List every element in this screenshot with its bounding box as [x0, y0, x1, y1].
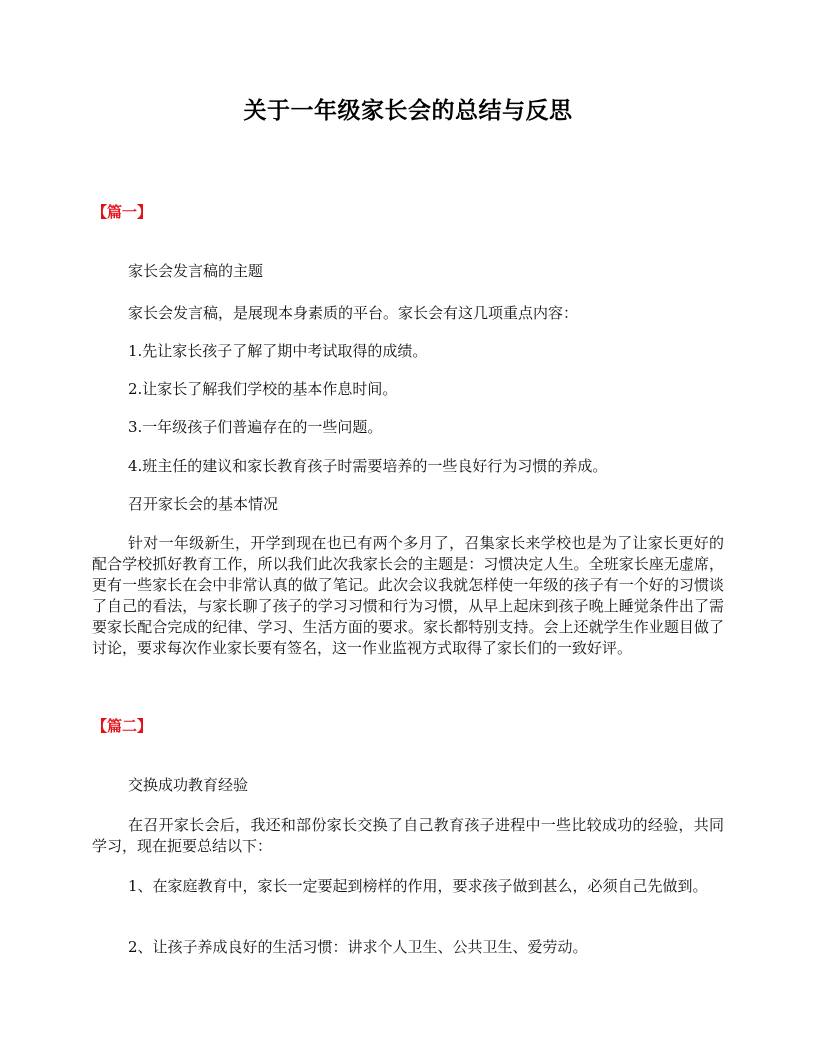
list-item-1: 1.先让家长孩子了解了期中考试取得的成绩。: [92, 341, 724, 362]
paragraph-intro: 家长会发言稿，是展现本身素质的平台。家长会有这几项重点内容：: [92, 303, 724, 324]
paragraph-subtitle-speech-theme: 家长会发言稿的主题: [92, 261, 724, 282]
list-item-3: 3.一年级孩子们普遍存在的一些问题。: [92, 417, 724, 438]
paragraph-subtitle-exchange-experience: 交换成功教育经验: [92, 775, 724, 796]
section-heading-1: 【篇一】: [92, 202, 152, 222]
paragraph-exchange-body: 在召开家长会后，我还和部份家长交换了自己教育孩子进程中一些比较成功的经验，共同学…: [92, 815, 724, 857]
paragraph-meeting-body: 针对一年级新生，开学到现在也已有两个多月了，召集家长来学校也是为了让家长更好的配…: [92, 533, 724, 659]
list-item-4: 4.班主任的建议和家长教育孩子时需要培养的一些良好行为习惯的养成。: [92, 456, 724, 477]
document-title: 关于一年级家长会的总结与反思: [0, 96, 816, 126]
experience-item-2: 2、让孩子养成良好的生活习惯：讲求个人卫生、公共卫生、爱劳动。: [92, 937, 724, 958]
document-page: 关于一年级家长会的总结与反思 【篇一】 家长会发言稿的主题 家长会发言稿，是展现…: [0, 0, 816, 1056]
section-heading-2: 【篇二】: [92, 716, 152, 736]
experience-item-1: 1、在家庭教育中，家长一定要起到榜样的作用，要求孩子做到甚么，必须自己先做到。: [92, 876, 724, 897]
list-item-2: 2.让家长了解我们学校的基本作息时间。: [92, 379, 724, 400]
paragraph-subtitle-meeting-overview: 召开家长会的基本情况: [92, 494, 724, 515]
